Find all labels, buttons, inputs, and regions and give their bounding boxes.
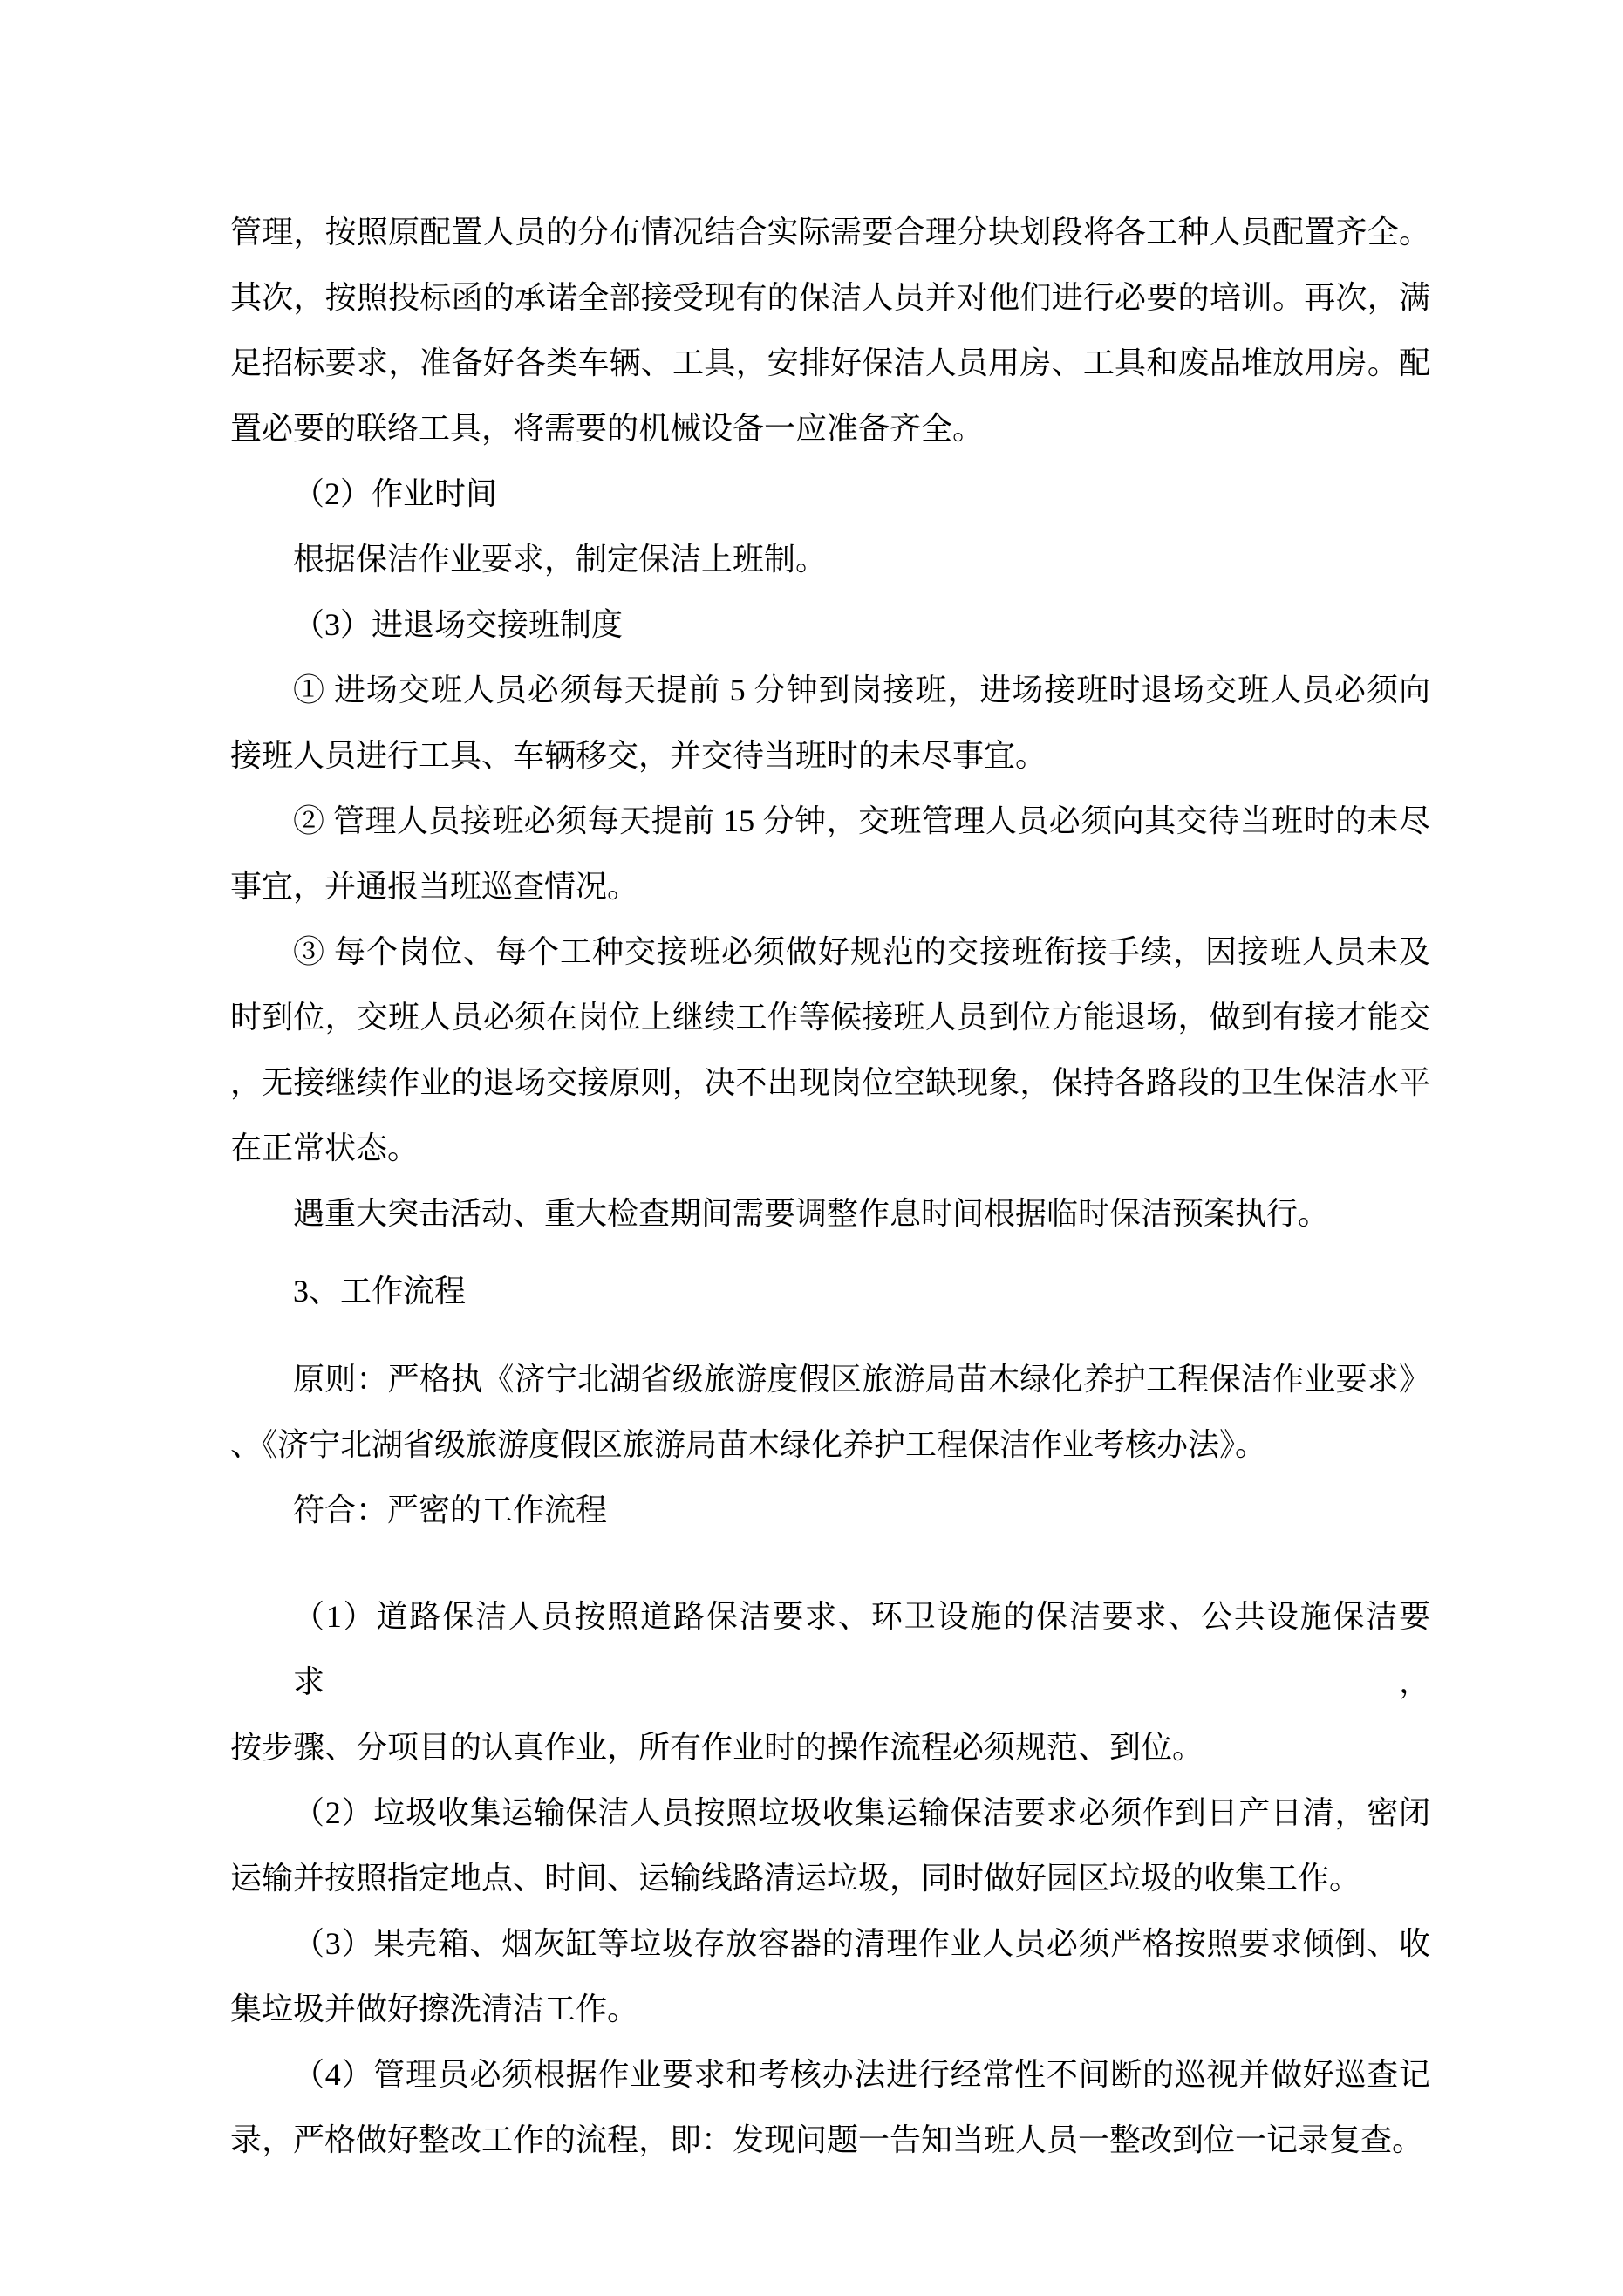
section-heading: 3、工作流程	[230, 1259, 1430, 1324]
text-line: 管理，按照原配置人员的分布情况结合实际需要合理分块划段将各工种人员配置齐全。	[230, 200, 1430, 265]
text-line: ① 进场交班人员必须每天提前 5 分钟到岗接班，进场接班时退场交班人员必须向	[230, 658, 1430, 723]
text-line: 根据保洁作业要求，制定保洁上班制。	[230, 527, 1430, 592]
text-block: 管理，按照原配置人员的分布情况结合实际需要合理分块划段将各工种人员配置齐全。 其…	[230, 200, 1430, 2173]
text-line: 按步骤、分项目的认真作业，所有作业时的操作流程必须规范、到位。	[230, 1715, 1430, 1780]
document-page: 管理，按照原配置人员的分布情况结合实际需要合理分块划段将各工种人员配置齐全。 其…	[0, 0, 1623, 2296]
text-line: 其次，按照投标函的承诺全部接受现有的保洁人员并对他们进行必要的培训。再次，满	[230, 265, 1430, 331]
text-line: 在正常状态。	[230, 1116, 1430, 1181]
text-line: 足招标要求，准备好各类车辆、工具，安排好保洁人员用房、工具和废品堆放用房。配	[230, 331, 1430, 396]
text-line: 集垃圾并做好擦洗清洁工作。	[230, 1977, 1430, 2042]
text-line: （2）垃圾收集运输保洁人员按照垃圾收集运输保洁要求必须作到日产日清，密闭	[230, 1780, 1430, 1846]
text-line: （3）果壳箱、烟灰缸等垃圾存放容器的清理作业人员必须严格按照要求倾倒、收	[230, 1911, 1430, 1977]
text-line: （1）道路保洁人员按照道路保洁要求、环卫设施的保洁要求、公共设施保洁要求，	[230, 1584, 1430, 1715]
text-line: ，无接继续作业的退场交接原则，决不出现岗位空缺现象，保持各路段的卫生保洁水平	[230, 1050, 1430, 1116]
text-line: 遇重大突击活动、重大检查期间需要调整作息时间根据临时保洁预案执行。	[230, 1181, 1430, 1247]
text-line: 原则：严格执《济宁北湖省级旅游度假区旅游局苗木绿化养护工程保洁作业要求》	[230, 1347, 1430, 1412]
text-line: ② 管理人员接班必须每天提前 15 分钟，交班管理人员必须向其交待当班时的未尽	[230, 789, 1430, 854]
text-line: 事宜，并通报当班巡查情况。	[230, 854, 1430, 919]
text-line: 、《济宁北湖省级旅游度假区旅游局苗木绿化养护工程保洁作业考核办法》。	[230, 1412, 1430, 1478]
text-line: （4）管理员必须根据作业要求和考核办法进行经常性不间断的巡视并做好巡查记	[230, 2042, 1430, 2108]
text-line: ③ 每个岗位、每个工种交接班必须做好规范的交接班衔接手续，因接班人员未及	[230, 919, 1430, 985]
text-line: 时到位，交班人员必须在岗位上继续工作等候接班人员到位方能退场，做到有接才能交	[230, 985, 1430, 1050]
text-line: 符合：严密的工作流程	[230, 1478, 1430, 1543]
text-line: （2）作业时间	[230, 461, 1430, 527]
text-line: 录，严格做好整改工作的流程，即：发现问题一告知当班人员一整改到位一记录复查。	[230, 2108, 1430, 2173]
text-line: 接班人员进行工具、车辆移交，并交待当班时的未尽事宜。	[230, 723, 1430, 789]
text-line: 运输并按照指定地点、时间、运输线路清运垃圾，同时做好园区垃圾的收集工作。	[230, 1846, 1430, 1911]
text-line: 置必要的联络工具，将需要的机械设备一应准备齐全。	[230, 396, 1430, 461]
text-line: （3）进退场交接班制度	[230, 592, 1430, 658]
